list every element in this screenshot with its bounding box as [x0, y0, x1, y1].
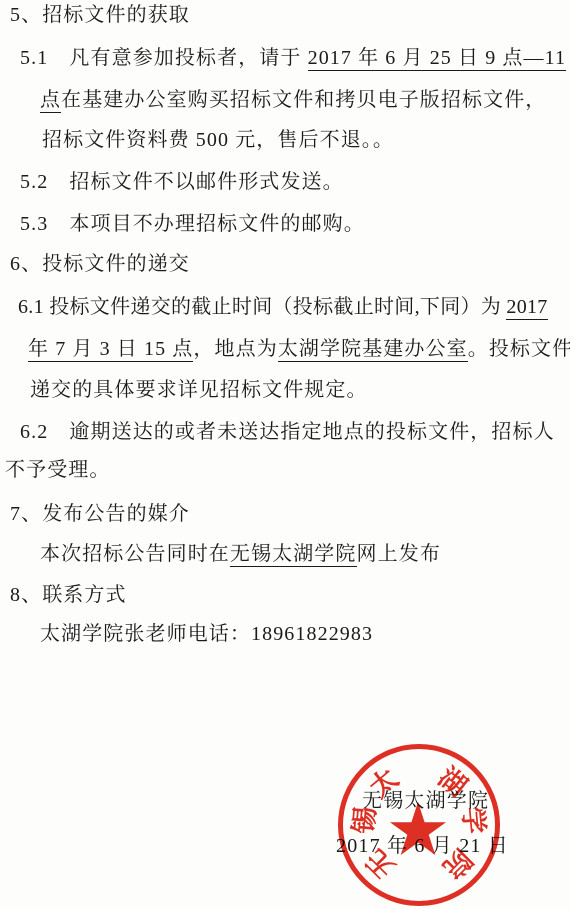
- text-segment: 5、招标文件的获取: [10, 4, 190, 26]
- text-segment: 7、发布公告的媒介: [10, 503, 190, 525]
- text-segment: 在基建办公室购买招标文件和拷贝电子版招标文件，: [61, 89, 546, 111]
- text-segment: 本次招标公告同时在: [40, 543, 230, 565]
- text-segment: 6.2 逾期送达的或者未送达指定地点的投标文件，招标人: [20, 421, 555, 443]
- signature-org-name: 无锡太湖学院: [362, 789, 489, 813]
- text-line: 点在基建办公室购买招标文件和拷贝电子版招标文件，: [40, 88, 546, 112]
- text-line: 5、招标文件的获取: [10, 3, 190, 27]
- text-line: 6.1 投标文件递交的截止时间（投标截止时间,下同）为 2017: [18, 295, 548, 319]
- underlined-text-segment: 太湖学院基建办公室: [278, 338, 468, 362]
- text-line: 5.3 本项目不办理招标文件的邮购。: [20, 212, 365, 236]
- text-line: 年 7 月 3 日 15 点，地点为太湖学院基建办公室。投标文件: [28, 337, 570, 361]
- signature-date: 2017 年 6 月 21 日: [336, 834, 509, 858]
- text-segment: 递交的具体要求详见招标文件规定。: [30, 379, 368, 401]
- tender-notice-page: 5、招标文件的获取5.1 凡有意参加投标者，请于 2017 年 6 月 25 日…: [0, 0, 570, 909]
- text-segment: 6、投标文件的递交: [10, 253, 190, 275]
- underlined-text-segment: 2017 年 6 月 25 日 9 点—11: [308, 47, 566, 71]
- text-line: 太湖学院张老师电话：18961822983: [40, 622, 373, 646]
- text-line: 不予受理。: [5, 458, 111, 482]
- seal-arc-text: 无锡太湖学院: [338, 744, 500, 906]
- text-line: 7、发布公告的媒介: [10, 502, 190, 526]
- underlined-text-segment: 无锡太湖学院: [230, 543, 357, 567]
- text-segment: 5.2 招标文件不以邮件形式发送。: [20, 171, 344, 193]
- text-segment: 5.3 本项目不办理招标文件的邮购。: [20, 213, 365, 235]
- underlined-text-segment: 2017: [506, 296, 547, 320]
- text-segment: 太湖学院张老师电话：18961822983: [40, 623, 373, 645]
- text-line: 6.2 逾期送达的或者未送达指定地点的投标文件，招标人: [20, 420, 555, 444]
- text-segment: 网上发布: [357, 543, 441, 565]
- underlined-text-segment: 年 7 月 3 日 15 点: [28, 338, 193, 362]
- text-segment: ，地点为: [193, 338, 277, 360]
- text-segment: 8、联系方式: [10, 584, 127, 606]
- underlined-text-segment: 点: [40, 89, 61, 113]
- text-line: 招标文件资料费 500 元，售后不退。。: [42, 128, 394, 152]
- text-line: 递交的具体要求详见招标文件规定。: [30, 378, 368, 402]
- text-segment: 。投标文件: [468, 338, 570, 360]
- text-line: 6、投标文件的递交: [10, 252, 190, 276]
- text-line: 本次招标公告同时在无锡太湖学院网上发布: [40, 542, 441, 566]
- text-line: 5.1 凡有意参加投标者，请于 2017 年 6 月 25 日 9 点—11: [20, 46, 566, 70]
- text-segment: 6.1 投标文件递交的截止时间（投标截止时间,下同）为: [18, 296, 506, 318]
- text-line: 8、联系方式: [10, 583, 127, 607]
- text-segment: 招标文件资料费 500 元，售后不退。。: [42, 129, 394, 151]
- scanned-tender-document: { "page": { "title": "招标公告（第二页）", "backg…: [0, 0, 570, 909]
- text-line: 5.2 招标文件不以邮件形式发送。: [20, 170, 344, 194]
- text-segment: 不予受理。: [5, 459, 111, 481]
- official-seal: 无锡太湖学院: [338, 744, 500, 906]
- text-segment: 5.1 凡有意参加投标者，请于: [20, 47, 308, 69]
